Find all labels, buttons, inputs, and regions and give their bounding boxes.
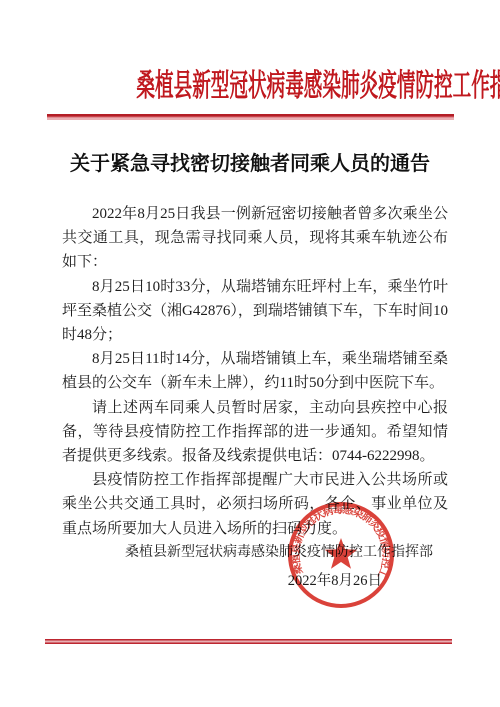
notice-document: 桑植县新型冠状病毒感染肺炎疫情防控工作指挥部 关于紧急寻找密切接触者同乘人员的通…: [0, 0, 500, 707]
official-seal: 桑植县新型冠状病毒感染肺炎疫情防控工作指挥部: [285, 499, 397, 611]
paragraph-instructions: 请上述两车同乘人员暂时居家，主动向县疾控中心报备，等待县疫情防控工作指挥部的进一…: [62, 396, 448, 469]
seal-ring-text: 桑植县新型冠状病毒感染肺炎疫情防控工作指挥部: [285, 499, 393, 581]
notice-body: 2022年8月25日我县一例新冠密切接触者曾多次乘坐公共交通工具，现急需寻找同乘…: [62, 202, 448, 541]
paragraph-route-2: 8月25日11时14分，从瑞塔铺镇上车，乘坐瑞塔铺至桑植县的公交车（新车未上牌）…: [62, 347, 448, 395]
issuing-org-name: 桑植县新型冠状病毒感染肺炎疫情防控工作指挥部: [136, 60, 500, 105]
document-header: 桑植县新型冠状病毒感染肺炎疫情防控工作指挥部: [0, 60, 500, 105]
paragraph-intro: 2022年8月25日我县一例新冠密切接触者曾多次乘坐公共交通工具，现急需寻找同乘…: [62, 202, 448, 275]
footer-divider-rule: [45, 639, 452, 644]
paragraph-route-1: 8月25日10时33分，从瑞塔铺东旺坪村上车，乘坐竹叶坪至桑植公交（湘G4287…: [62, 275, 448, 348]
header-divider-rule: [47, 114, 454, 120]
star-icon: [325, 538, 357, 569]
notice-title: 关于紧急寻找密切接触者同乘人员的通告: [0, 147, 500, 176]
